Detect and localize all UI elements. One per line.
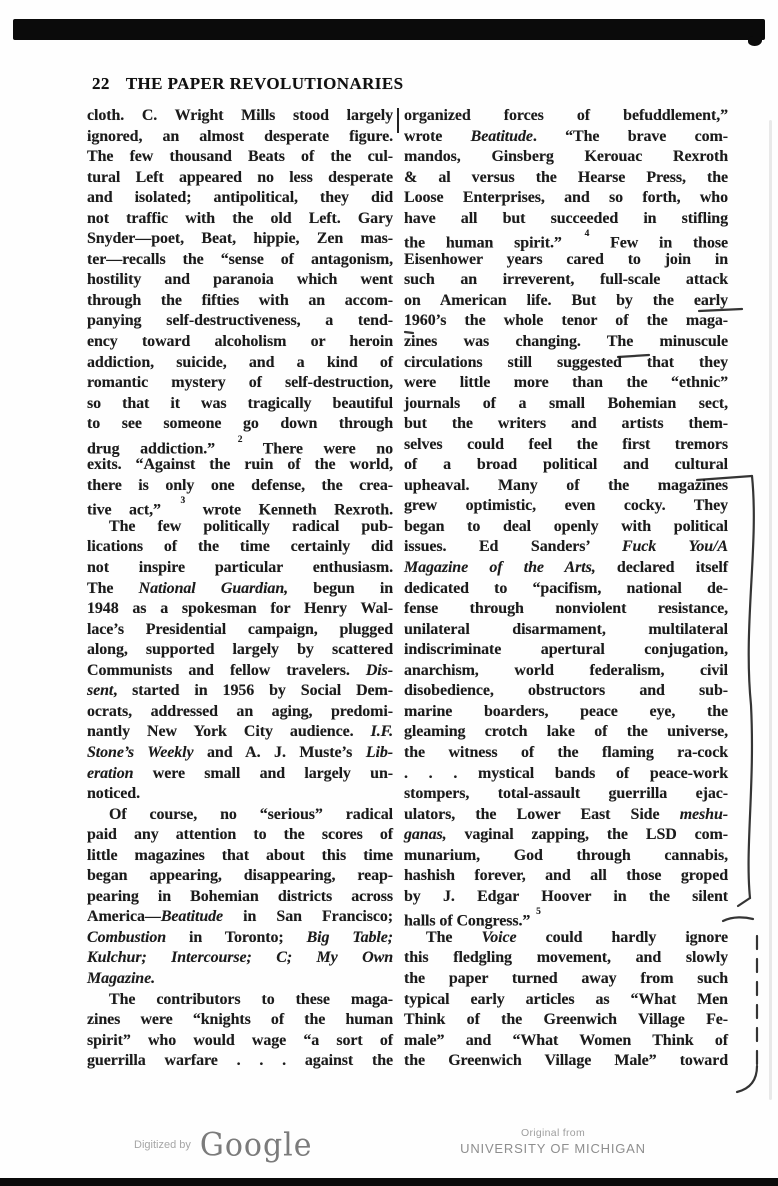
- text-line: noticed.: [87, 784, 393, 805]
- text-line: the paper turned away from such: [404, 969, 728, 990]
- text-line: ignored, an almost desperate figure.: [87, 127, 393, 148]
- text-line: zines was changing. The minuscule: [404, 332, 728, 353]
- text-line: Stone’s Weekly and A. J. Muste’s Lib-: [87, 743, 393, 764]
- text-line: drug addiction.” 2 There were no: [87, 435, 393, 456]
- running-title: THE PAPER REVOLUTIONARIES: [126, 74, 404, 93]
- text-line: typical early articles as “What Men: [404, 990, 728, 1011]
- text-line: along, supported largely by scattered: [87, 640, 393, 661]
- text-line: tive act,” 3 wrote Kenneth Rexroth.: [87, 496, 393, 517]
- text-line: exits. “Against the ruin of the world,: [87, 455, 393, 476]
- text-column-left: cloth. C. Wright Mills stood largelyigno…: [87, 106, 393, 1072]
- text-line: marine boarders, peace eye, the: [404, 702, 728, 723]
- text-line: Magazine of the Arts, declared itself: [404, 558, 728, 579]
- text-line: romantic mystery of self-destruction,: [87, 373, 393, 394]
- text-line: wrote Beatitude. “The brave com-: [404, 127, 728, 148]
- text-line: Combustion in Toronto; Big Table;: [87, 928, 393, 949]
- text-line: such an irreverent, full-scale attack: [404, 270, 728, 291]
- text-line: mandos, Ginsberg Kerouac Rexroth: [404, 147, 728, 168]
- text-line: spirit” who would wage “a sort of: [87, 1031, 393, 1052]
- text-line: unilateral disarmament, multilateral: [404, 620, 728, 641]
- text-line: selves could feel the first tremors: [404, 435, 728, 456]
- text-line: journals of a small Bohemian sect,: [404, 394, 728, 415]
- text-line: & al versus the Hearse Press, the: [404, 168, 728, 189]
- text-line: ency toward alcoholism or heroin: [87, 332, 393, 353]
- text-line: panying self-destructiveness, a tend-: [87, 311, 393, 332]
- scan-ink-smudge: [748, 36, 762, 46]
- text-line: The contributors to these maga-: [87, 990, 393, 1011]
- digitized-by-label: Digitized by: [134, 1139, 191, 1151]
- text-line: The few thousand Beats of the cul-: [87, 147, 393, 168]
- text-line: ocrats, addressed an aging, predomi-: [87, 702, 393, 723]
- text-line: gleaming crotch lake of the universe,: [404, 722, 728, 743]
- page-header: 22THE PAPER REVOLUTIONARIES: [92, 74, 403, 94]
- text-line: Loose Enterprises, and so forth, who: [404, 188, 728, 209]
- text-line: the Greenwich Village Male” toward: [404, 1051, 728, 1072]
- text-line: 1948 as a spokesman for Henry Wal-: [87, 599, 393, 620]
- text-line: . . . mystical bands of peace-work: [404, 764, 728, 785]
- pen-bottom-j-hook: [737, 1066, 757, 1092]
- text-line: stompers, total-assault guerrilla ejac-: [404, 784, 728, 805]
- text-line: The National Guardian, begun in: [87, 579, 393, 600]
- text-line: upheaval. Many of the magazines: [404, 476, 728, 497]
- text-line: Magazine.: [87, 969, 393, 990]
- text-line: by J. Edgar Hoover in the silent: [404, 887, 728, 908]
- text-line: organized forces of befuddlement,”: [404, 106, 728, 127]
- pen-bracket-bottom-hook: [738, 898, 750, 906]
- scan-top-edge-artifact: [13, 19, 765, 40]
- text-line: guerrilla warfare . . . against the: [87, 1051, 393, 1072]
- text-line: of a broad political and cultural: [404, 455, 728, 476]
- text-line: tural Left appeared no less desperate: [87, 168, 393, 189]
- text-line: Of course, no “serious” radical: [87, 805, 393, 826]
- text-line: grew optimistic, even cocky. They: [404, 496, 728, 517]
- scan-bottom-edge-artifact: [0, 1178, 778, 1186]
- text-line: but the writers and artists them-: [404, 414, 728, 435]
- text-line: eration were small and largely un-: [87, 764, 393, 785]
- book-page-scan: 22THE PAPER REVOLUTIONARIES cloth. C. Wr…: [0, 0, 778, 1186]
- text-line: nantly New York City audience. I.F.: [87, 722, 393, 743]
- text-line: munarium, God through cannabis,: [404, 846, 728, 867]
- text-line: Communists and fellow travelers. Dis-: [87, 661, 393, 682]
- text-line: 1960’s the whole tenor of the maga-: [404, 311, 728, 332]
- original-from-label: Original from: [444, 1127, 662, 1139]
- text-line: so that it was tragically beautiful: [87, 394, 393, 415]
- text-line: not inspire particular enthusiasm.: [87, 558, 393, 579]
- footer-digitized: Digitized by Google: [134, 1124, 313, 1166]
- text-line: fense through nonviolent resistance,: [404, 599, 728, 620]
- text-line: ulators, the Lower East Side meshu-: [404, 805, 728, 826]
- pen-bracket-vertical: [749, 476, 754, 898]
- text-line: Eisenhower years cared to join in: [404, 250, 728, 271]
- text-line: the human spirit.” 4 Few in those: [404, 229, 728, 250]
- page-number: 22: [92, 74, 110, 93]
- text-line: halls of Congress.” 5: [404, 907, 728, 928]
- text-line: The few politically radical pub-: [87, 517, 393, 538]
- text-line: hashish forever, and all those groped: [404, 866, 728, 887]
- text-line: were little more than the “ethnic”: [404, 373, 728, 394]
- text-line: paid any attention to the scores of: [87, 825, 393, 846]
- text-line: this fledgling movement, and slowly: [404, 948, 728, 969]
- text-line: to see someone go down through: [87, 414, 393, 435]
- text-line: ter—recalls the “sense of antagonism,: [87, 250, 393, 271]
- google-logo: Google: [200, 1127, 313, 1164]
- text-line: sent, started in 1956 by Social Dem-: [87, 681, 393, 702]
- text-line: little magazines that about this time: [87, 846, 393, 867]
- text-line: hostility and paranoia which went: [87, 270, 393, 291]
- text-line: there is only one defense, the crea-: [87, 476, 393, 497]
- text-line: dedicated to “pacifism, national de-: [404, 579, 728, 600]
- text-line: The Voice could hardly ignore: [404, 928, 728, 949]
- text-line: pearing in Bohemian districts across: [87, 887, 393, 908]
- text-line: America—Beatitude in San Francisco;: [87, 907, 393, 928]
- text-line: on American life. But by the early: [404, 291, 728, 312]
- text-line: through the fifties with an accom-: [87, 291, 393, 312]
- text-column-right: organized forces of befuddlement,”wrote …: [404, 106, 728, 1072]
- text-line: cloth. C. Wright Mills stood largely: [87, 106, 393, 127]
- text-line: not traffic with the old Left. Gary: [87, 209, 393, 230]
- text-line: zines were “knights of the human: [87, 1010, 393, 1031]
- text-line: and isolated; antipolitical, they did: [87, 188, 393, 209]
- text-line: addiction, suicide, and a kind of: [87, 353, 393, 374]
- text-line: Kulchur; Intercourse; C; My Own: [87, 948, 393, 969]
- text-line: disobedience, obstructors and sub-: [404, 681, 728, 702]
- page-edge-shadow: [769, 120, 772, 1100]
- institution-name: UNIVERSITY OF MICHIGAN: [444, 1141, 662, 1156]
- footer-provenance: Original from UNIVERSITY OF MICHIGAN: [444, 1127, 662, 1156]
- text-line: indiscriminate apertural conjugation,: [404, 640, 728, 661]
- text-line: male” and “What Women Think of: [404, 1031, 728, 1052]
- text-line: lications of the time certainly did: [87, 537, 393, 558]
- text-line: anarchism, world federalism, civil: [404, 661, 728, 682]
- text-line: the witness of the flaming ra-cock: [404, 743, 728, 764]
- text-line: ganas, vaginal zapping, the LSD com-: [404, 825, 728, 846]
- text-line: Think of the Greenwich Village Fe-: [404, 1010, 728, 1031]
- text-line: issues. Ed Sanders’ Fuck You/A: [404, 537, 728, 558]
- text-line: circulations still suggested that they: [404, 353, 728, 374]
- text-line: began appearing, disappearing, reap-: [87, 866, 393, 887]
- text-line: lace’s Presidential campaign, plugged: [87, 620, 393, 641]
- text-line: Snyder—poet, Beat, hippie, Zen mas-: [87, 229, 393, 250]
- text-line: have all but succeeded in stifling: [404, 209, 728, 230]
- text-line: began to deal openly with political: [404, 517, 728, 538]
- column-divider-rule: [397, 108, 399, 133]
